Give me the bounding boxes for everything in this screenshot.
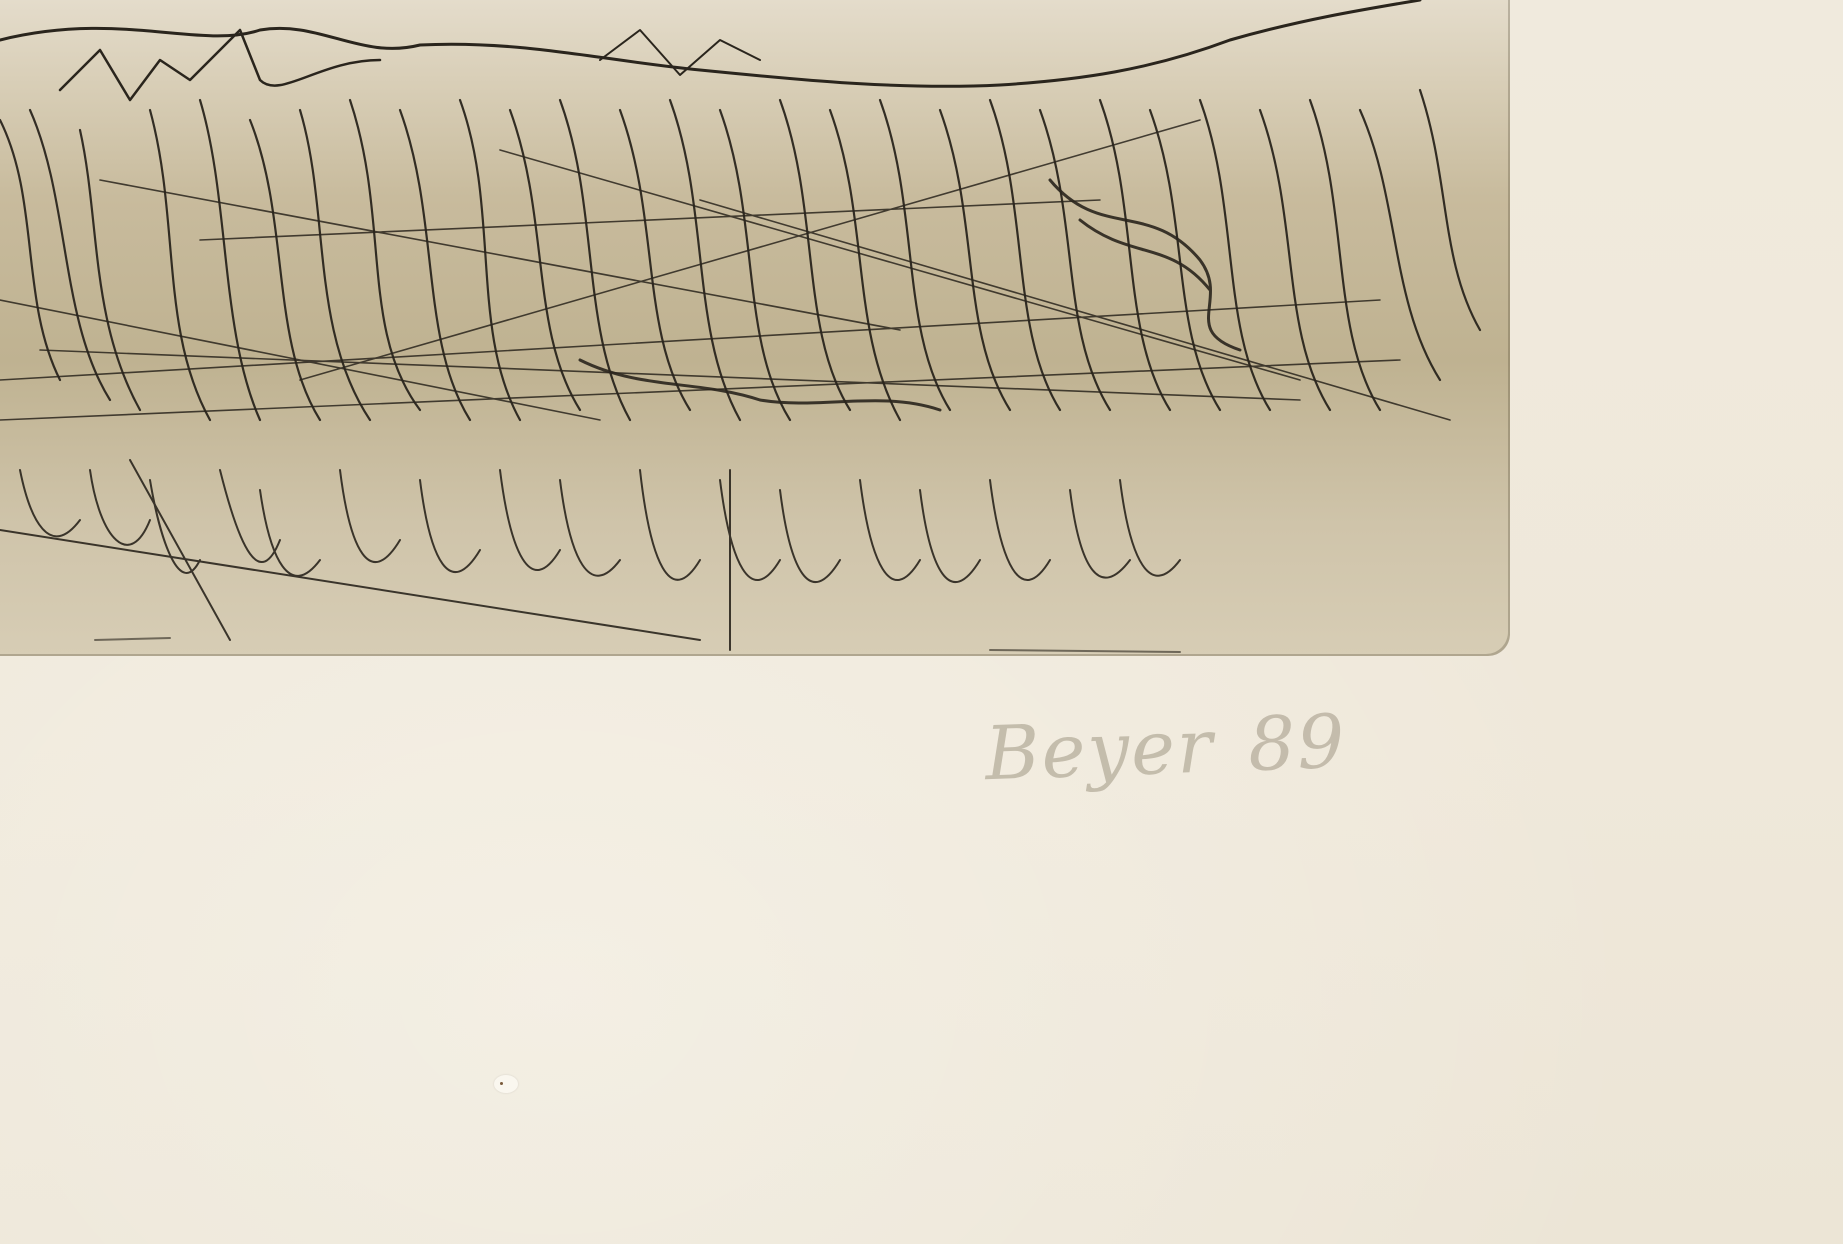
etching-plate	[0, 0, 1510, 656]
signature-name: Beyer	[984, 703, 1216, 797]
artist-signature: Beyer89	[984, 699, 1348, 798]
etched-scribble-lines	[0, 0, 1510, 656]
paper-emboss-mark	[494, 1075, 518, 1093]
signature-year: 89	[1247, 699, 1348, 788]
